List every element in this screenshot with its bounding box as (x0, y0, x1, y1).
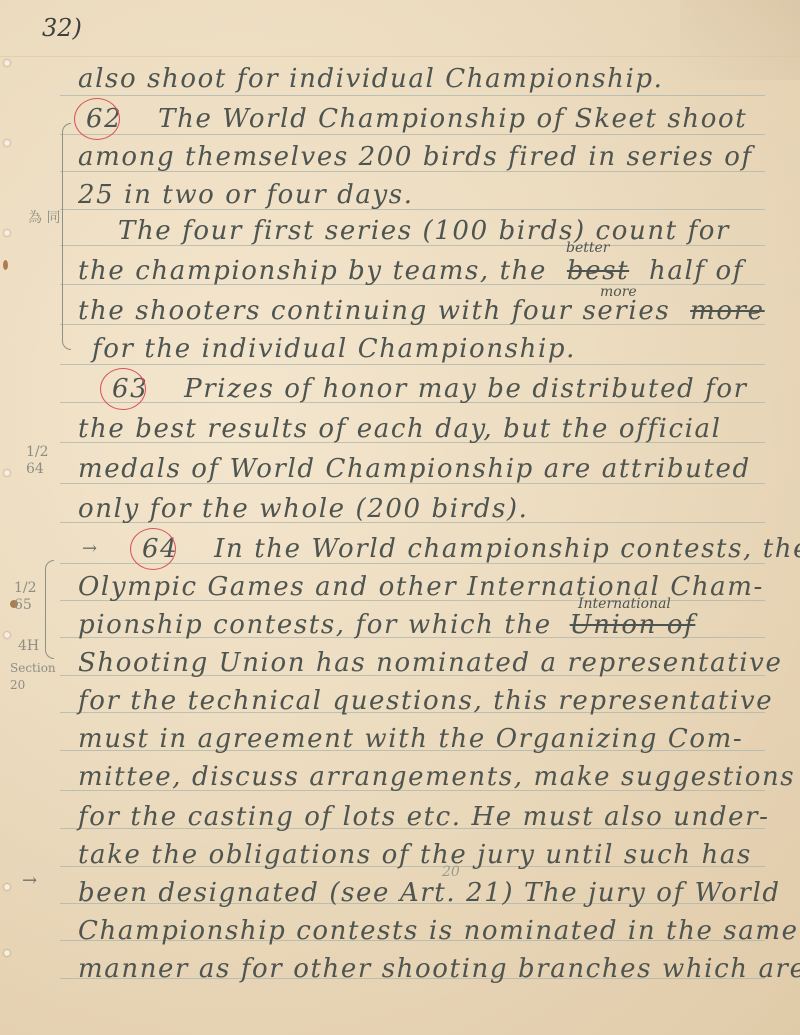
text-line: medals of World Championship are attribu… (78, 454, 751, 484)
text-line: the best results of each day, but the of… (78, 414, 722, 444)
rust-stain (3, 260, 8, 270)
struck-word: more (690, 296, 765, 326)
ruled-line (60, 364, 765, 365)
paragraph-number-62: 62 (78, 104, 130, 134)
text-line-with-edit: pionship contests, for which the Union o… (78, 610, 695, 640)
insertion-international: International (578, 596, 671, 612)
struck-word: Union of (570, 610, 696, 640)
text-line: for the casting of lots etc. He must als… (78, 802, 770, 832)
insertion-more: more (600, 284, 637, 300)
text-line: mittee, discuss arrangements, make sugge… (78, 762, 795, 792)
text-line: been designated (see Art. 21) The jury o… (78, 878, 781, 908)
text-line: among themselves 200 birds fired in seri… (78, 142, 753, 172)
punch-hole (4, 140, 10, 146)
text-line: The four first series (100 birds) count … (118, 216, 730, 246)
insertion-better: better (566, 240, 609, 256)
margin-note-4h: 4H (18, 638, 39, 655)
margin-note-kanji: 為 同 (28, 210, 60, 227)
punch-hole (4, 884, 10, 890)
text-segment: series (582, 296, 670, 326)
paragraph-62-line: 62 The World Championship of Skeet shoot (78, 104, 747, 134)
paragraph-64-line: 64 In the World championship contests, t… (134, 534, 800, 564)
paragraph-63-line: 63 Prizes of honor may be distributed fo… (104, 374, 748, 404)
ruled-line (60, 134, 765, 135)
text-line: take the obligations of the jury until s… (78, 840, 752, 870)
text-line: only for the whole (200 birds). (78, 494, 529, 524)
punch-hole (4, 950, 10, 956)
margin-bracket (45, 560, 54, 659)
text-line: Prizes of honor may be distributed for (184, 374, 748, 404)
text-line: for the technical questions, this repres… (78, 686, 773, 716)
text-line: In the World championship contests, the (214, 534, 800, 564)
paper-corner-shade (680, 0, 800, 80)
ruled-line (60, 95, 765, 96)
text-line: Shooting Union has nominated a represent… (78, 648, 782, 678)
text-line: The World Championship of Skeet shoot (158, 104, 747, 134)
margin-note-65: 1/2 65 (14, 580, 37, 614)
manuscript-page: 32) 為 同 1/2 64 1/2 65 4H Section 20 → → … (0, 0, 800, 1035)
punch-hole (4, 230, 10, 236)
struck-word: best (567, 256, 629, 286)
text-segment: the championship by teams, the (78, 256, 547, 286)
punch-hole (4, 470, 10, 476)
text-line: manner as for other shooting branches wh… (78, 954, 800, 984)
text-line: 25 in two or four days. (78, 180, 414, 210)
text-segment: pionship contests, for which the (78, 610, 552, 640)
punch-hole (4, 632, 10, 638)
arrow-icon: → (22, 870, 37, 891)
insertion-art-note: 20 (442, 864, 460, 880)
text-line: must in agreement with the Organizing Co… (78, 724, 743, 754)
page-number: 32) (42, 14, 82, 42)
text-segment: half of (649, 256, 744, 286)
text-line: also shoot for individual Championship. (78, 64, 664, 94)
paragraph-number-63: 63 (104, 374, 156, 404)
text-line: for the individual Championship. (92, 334, 576, 364)
text-segment: the shooters continuing with four (78, 296, 573, 326)
text-line-with-edit: the shooters continuing with four series… (78, 296, 765, 326)
margin-bracket (62, 123, 71, 350)
paragraph-number-64: 64 (134, 534, 186, 564)
margin-note-64: 1/2 64 (26, 444, 49, 478)
punch-hole (4, 60, 10, 66)
arrow-icon: → (82, 538, 97, 559)
ruled-line (0, 56, 800, 57)
text-line-with-edit: the championship by teams, the best half… (78, 256, 744, 286)
margin-note-section: Section 20 (10, 660, 56, 694)
text-line: Championship contests is nominated in th… (78, 916, 799, 946)
